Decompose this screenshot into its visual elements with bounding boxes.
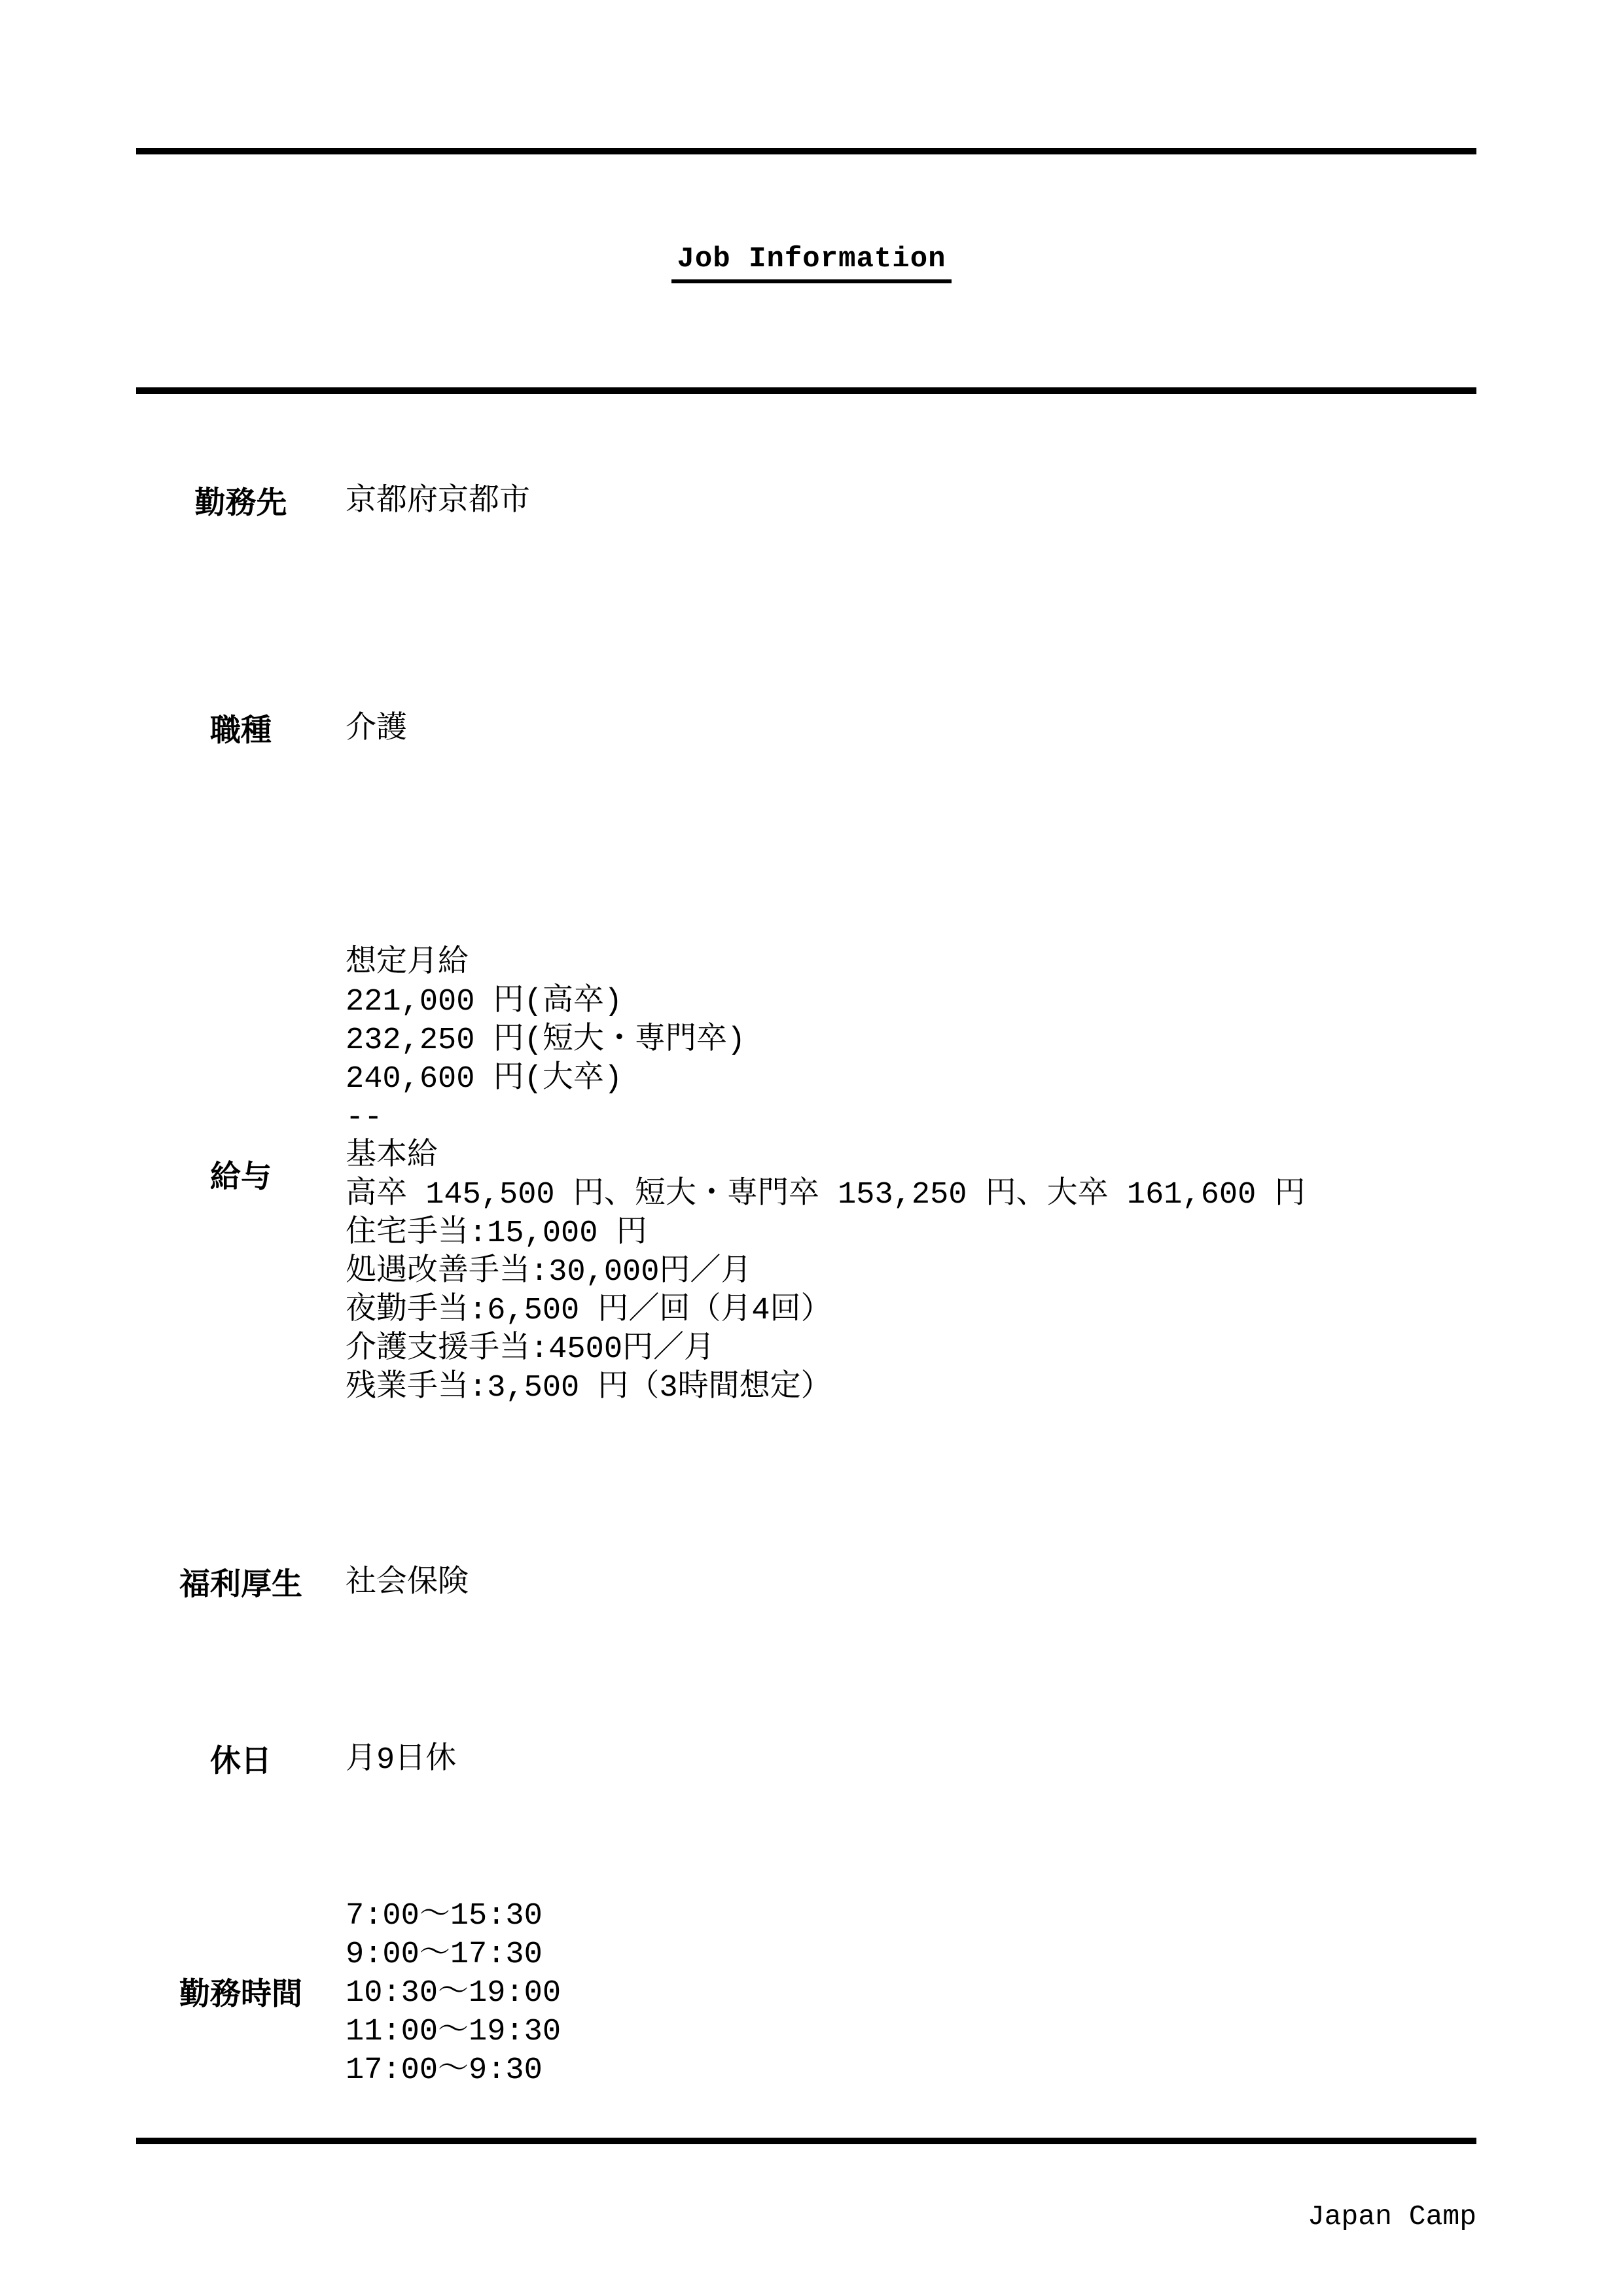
header-horizontal-rule (136, 387, 1476, 394)
title-container: Job Information (0, 242, 1623, 283)
bottom-horizontal-rule (136, 2138, 1476, 2144)
salary-line: 232,250 円(短大・専門卒) (346, 1021, 1476, 1060)
salary-line: 高卒 145,500 円、短大・専門卒 153,250 円、大卒 161,600… (346, 1176, 1476, 1214)
salary-line: 240,600 円(大卒) (346, 1060, 1476, 1099)
working-hours-line: 17:00〜9:30 (346, 2051, 1476, 2090)
workplace-label: 勤務先 (136, 483, 346, 521)
job-type-value: 介護 (346, 711, 1476, 749)
top-horizontal-rule (136, 148, 1476, 154)
row-working-hours: 勤務時間 7:00〜15:30 9:00〜17:30 10:30〜19:00 1… (136, 1897, 1476, 2090)
working-hours-line: 10:30〜19:00 (346, 1974, 1476, 2013)
working-hours-line: 9:00〜17:30 (346, 1935, 1476, 1974)
holidays-label: 休日 (136, 1741, 346, 1780)
row-job-type: 職種 介護 (136, 711, 1476, 749)
salary-line: -- (346, 1099, 1476, 1137)
salary-label: 給与 (136, 1157, 346, 1195)
working-hours-value: 7:00〜15:30 9:00〜17:30 10:30〜19:00 11:00〜… (346, 1897, 1476, 2090)
footer-brand: Japan Camp (1308, 2200, 1476, 2234)
benefits-label: 福利厚生 (136, 1564, 346, 1603)
document-page: Job Information 勤務先 京都府京都市 職種 介護 給与 想定月給… (0, 0, 1623, 2296)
benefits-value: 社会保険 (346, 1564, 1476, 1603)
row-workplace: 勤務先 京都府京都市 (136, 483, 1476, 521)
workplace-value: 京都府京都市 (346, 483, 1476, 521)
salary-line: 想定月給 (346, 944, 1476, 983)
row-benefits: 福利厚生 社会保険 (136, 1564, 1476, 1603)
holidays-value: 月9日休 (346, 1741, 1476, 1780)
working-hours-label: 勤務時間 (136, 1974, 346, 2013)
salary-line: 処遇改善手当:30,000円／月 (346, 1253, 1476, 1292)
salary-value: 想定月給 221,000 円(高卒) 232,250 円(短大・専門卒) 240… (346, 944, 1476, 1407)
row-holidays: 休日 月9日休 (136, 1741, 1476, 1780)
job-type-label: 職種 (136, 711, 346, 749)
salary-line: 221,000 円(高卒) (346, 983, 1476, 1021)
row-salary: 給与 想定月給 221,000 円(高卒) 232,250 円(短大・専門卒) … (136, 944, 1476, 1407)
salary-line: 住宅手当:15,000 円 (346, 1214, 1476, 1253)
page-title: Job Information (671, 242, 951, 283)
working-hours-line: 7:00〜15:30 (346, 1897, 1476, 1935)
salary-line: 残業手当:3,500 円（3時間想定） (346, 1369, 1476, 1407)
working-hours-line: 11:00〜19:30 (346, 2013, 1476, 2051)
salary-line: 夜勤手当:6,500 円／回（月4回） (346, 1292, 1476, 1330)
salary-line: 基本給 (346, 1137, 1476, 1176)
salary-line: 介護支援手当:4500円／月 (346, 1330, 1476, 1369)
